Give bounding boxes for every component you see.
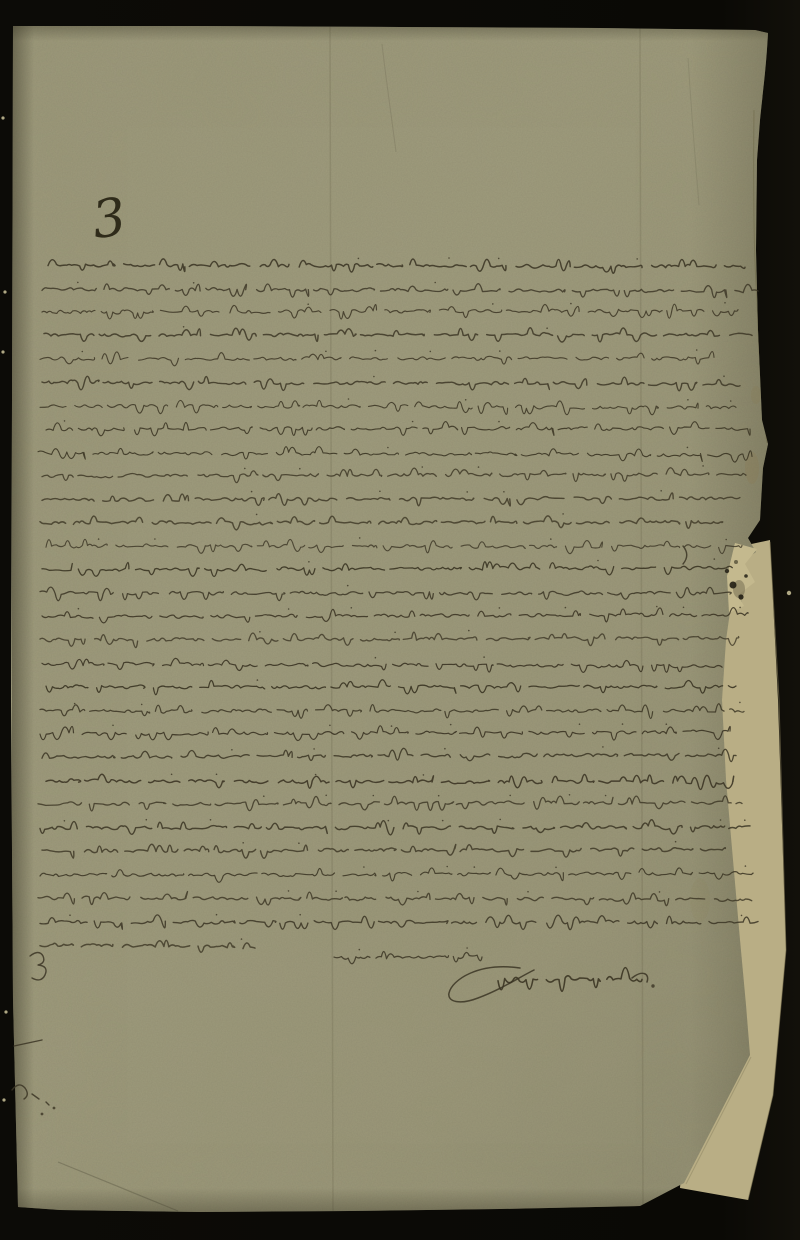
ink-dot: [503, 491, 505, 493]
ink-dot: [527, 891, 529, 893]
edge-speck: [1, 116, 4, 119]
ink-dot: [82, 351, 84, 353]
ink-dot: [442, 820, 444, 822]
ink-dot: [622, 723, 624, 725]
ink-dot: [216, 914, 218, 916]
ink-dot: [720, 819, 722, 821]
ink-dot: [725, 539, 727, 541]
ink-dot: [478, 466, 480, 468]
ink-dot: [412, 421, 414, 423]
ink-dot: [450, 724, 452, 726]
ink-dot: [675, 841, 677, 843]
ink-dot: [465, 399, 467, 401]
ink-dot: [570, 303, 572, 305]
ink-dot: [687, 399, 689, 401]
ink-dot: [423, 774, 425, 776]
ink-dot: [483, 656, 485, 658]
ink-dot: [687, 447, 689, 449]
ink-dot: [474, 866, 476, 868]
ink-dot: [171, 774, 173, 776]
ink-dot: [466, 491, 468, 493]
ink-dot: [555, 867, 557, 869]
ink-dot: [299, 468, 301, 470]
ink-dot: [315, 774, 317, 776]
ink-dot: [739, 607, 741, 609]
ink-dot: [41, 1113, 44, 1116]
ink-dot: [69, 914, 71, 916]
ink-dot: [430, 351, 432, 353]
left-edge-shadow: [12, 26, 34, 1216]
edge-speck: [4, 1010, 7, 1013]
ink-dot: [434, 282, 436, 284]
ink-dot: [702, 465, 704, 467]
ink-dot: [241, 938, 243, 940]
ink-dot: [263, 795, 265, 797]
ink-dot: [359, 949, 361, 951]
ink-dot: [724, 302, 726, 304]
paper-texture-group: [0, 0, 800, 1240]
ink-dot: [739, 702, 741, 704]
stain: [751, 386, 761, 404]
ink-dot: [666, 723, 668, 725]
ink-dot: [298, 842, 300, 844]
ink-dot: [257, 679, 259, 681]
edge-speck: [1, 350, 4, 353]
ink-dot: [597, 560, 599, 562]
ink-dot: [636, 258, 638, 260]
ink-dot: [714, 558, 716, 560]
ink-dot: [745, 865, 747, 867]
ink-dot: [744, 819, 746, 821]
ink-dot: [141, 704, 143, 706]
ink-dot: [347, 585, 349, 587]
ink-dot: [656, 606, 658, 608]
ink-dot: [651, 984, 654, 987]
ink-dot: [78, 608, 80, 610]
ink-dot: [231, 749, 233, 751]
ink-dot: [602, 746, 604, 748]
ink-dot: [565, 607, 567, 609]
ink-dot: [446, 866, 448, 868]
letter-scan-page: 3 Auf immer Deine Johanna Kley.: [0, 0, 800, 1240]
ink-dot: [660, 490, 662, 492]
ink-dot: [498, 421, 500, 423]
paper-grain: [0, 0, 800, 1240]
ink-dot: [422, 466, 424, 468]
ink-dot: [509, 795, 511, 797]
ink-dot: [375, 657, 377, 659]
ink-dot: [683, 607, 685, 609]
stain: [690, 878, 710, 922]
ink-dot: [216, 774, 218, 776]
ink-dot: [696, 349, 698, 351]
ink-dot: [313, 748, 315, 750]
ink-dot: [498, 258, 500, 260]
ink-dot: [499, 607, 501, 609]
ink-dot: [244, 468, 246, 470]
ink-dot: [394, 632, 396, 634]
ink-dot: [335, 890, 337, 892]
ink-dot: [605, 795, 607, 797]
ink-dot: [210, 819, 212, 821]
ink-dot: [308, 561, 310, 563]
ink-dot: [348, 398, 350, 400]
ink-dot: [359, 537, 361, 539]
ink-dot: [256, 514, 258, 516]
ink-dot: [98, 538, 100, 540]
ink-dot: [499, 350, 501, 352]
ink-dot: [579, 723, 581, 725]
ink-dot: [391, 725, 393, 727]
edge-speck: [787, 591, 791, 595]
ink-dot: [154, 538, 156, 540]
ink-dot: [329, 725, 331, 727]
ink-dot: [379, 491, 381, 493]
ink-dot: [358, 258, 360, 260]
ink-dot: [251, 491, 253, 493]
ink-dot: [74, 703, 76, 705]
scan-image: 3: [0, 0, 800, 1240]
ink-dot: [64, 820, 66, 822]
ink-dot: [730, 400, 732, 402]
ink-dot: [659, 891, 661, 893]
ink-dot: [492, 303, 494, 305]
ink-dot: [499, 819, 501, 821]
ink-dot: [288, 890, 290, 892]
ink-dot: [77, 282, 79, 284]
ink-dot: [299, 914, 301, 916]
ink-dot: [373, 376, 375, 378]
ink-dot: [375, 350, 377, 352]
ink-dot: [417, 891, 419, 893]
ink-dot: [193, 282, 195, 284]
ink-dot: [718, 748, 720, 750]
ink-dot: [741, 915, 743, 917]
ink-dot: [325, 351, 327, 353]
ink-dot: [53, 1107, 56, 1110]
ink-dot: [259, 631, 261, 633]
ink-dot: [373, 795, 375, 797]
ink-dot: [363, 866, 365, 868]
edge-speck: [3, 290, 6, 293]
ink-dot: [112, 725, 114, 727]
ink-dot: [242, 842, 244, 844]
ink-dot: [723, 375, 725, 377]
ink-dot: [468, 630, 470, 632]
ink-dot: [325, 795, 327, 797]
ink-dot: [569, 794, 571, 796]
ink-dot: [307, 303, 309, 305]
ink-dot: [550, 538, 552, 540]
ink-dot: [388, 820, 390, 822]
ink-dot: [387, 447, 389, 449]
ink-dot: [466, 947, 468, 949]
ink-dot: [64, 420, 66, 422]
ink-dot: [146, 819, 148, 821]
ink-dot: [546, 327, 548, 329]
ink-dot: [438, 795, 440, 797]
ink-dot: [351, 607, 353, 609]
ink-dot: [183, 326, 185, 328]
ink-dot: [288, 608, 290, 610]
ink-dot: [444, 748, 446, 750]
edge-speck: [2, 1098, 5, 1101]
ink-dot: [448, 257, 450, 259]
ink-dot: [562, 513, 564, 515]
